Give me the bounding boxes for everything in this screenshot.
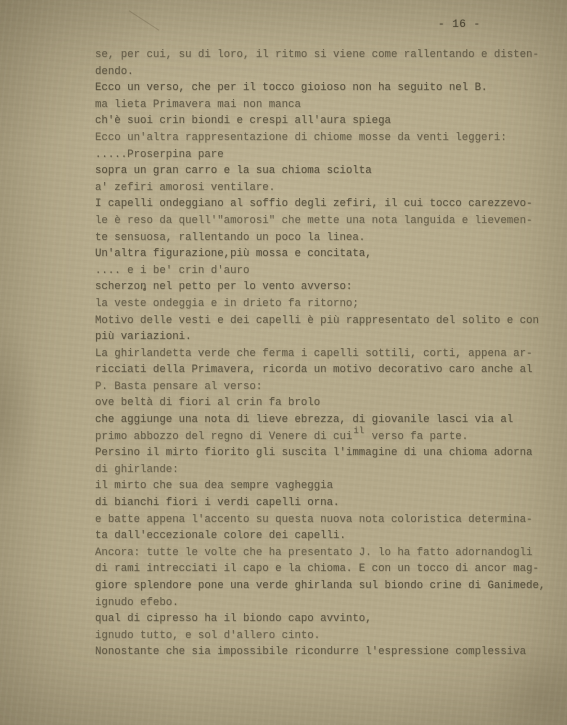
text-line: di bianchi fiori i verdi capelli orna. [95,495,555,512]
text-line: qual di cipresso ha il biondo capo avvin… [95,611,555,628]
text-line: scherzon nel petto per lo vento avverso: [95,279,555,296]
text-line: ricciati della Primavera, ricorda un mot… [95,362,555,379]
text-line: di rami intrecciati il capo e la chioma.… [95,561,555,578]
text-line: e batte appena l'accento su questa nuova… [95,512,555,529]
text-line: a' zefiri amorosi ventilare. [95,180,555,197]
text-line: I capelli ondeggiano al soffio degli zef… [95,196,555,213]
text-line: Ecco un'altra rappresentazione di chiome… [95,130,555,147]
text-line: Motivo delle vesti e dei capelli è più r… [95,313,555,330]
text-line: Ancora: tutte le volte che ha presentato… [95,545,555,562]
text-line: Persino il mirto fiorito gli suscita l'i… [95,445,555,462]
document-page: - 16 - se, per cui, su di loro, il ritmo… [0,0,567,725]
text-line: sopra un gran carro e la sua chioma scio… [95,163,555,180]
text-line: .... e i be' crin d'auro [95,263,555,280]
text-line: ignudo tutto, e sol d'allero cinto. [95,628,555,645]
text-line: Ecco un verso, che per il tocco gioioso … [95,80,555,97]
inserted-word-above-line: il [353,423,364,440]
text-line: più variazioni. [95,329,555,346]
text-line: ignudo efebo. [95,595,555,612]
paper-scratch [129,10,160,30]
text-line: dendo. [95,64,555,81]
pencil-mark [143,288,146,291]
text-line: Un'altra figurazione,più mossa e concita… [95,246,555,263]
text-line: ma lieta Primavera mai non manca [95,97,555,114]
paper-stain [0,320,42,500]
text-line: ta dall'eccezionale colore dei capelli. [95,528,555,545]
text-line: ove beltà di fiori al crin fa brolo [95,395,555,412]
text-line: La ghirlandetta verde che ferma i capell… [95,346,555,363]
text-line: le è reso da quell'"amorosi" che mette u… [95,213,555,230]
text-line: .....Proserpina pare [95,147,555,164]
page-number: - 16 - [438,19,481,31]
text-line: la veste ondeggia e in drieto fa ritorno… [95,296,555,313]
text-line: P. Basta pensare al verso: [95,379,555,396]
text-line: di ghirlande: [95,462,555,479]
text-line: giore splendore pone una verde ghirlanda… [95,578,555,595]
text-line: ch'è suoi crin biondi e crespi all'aura … [95,113,555,130]
text-line: primo abbozzo del regno di Venere di cui… [95,429,555,446]
text-line: che aggiunge una nota di lieve ebrezza, … [95,412,555,429]
typewritten-text: se, per cui, su di loro, il ritmo si vie… [95,47,555,661]
text-line: il mirto che sua dea sempre vagheggia [95,478,555,495]
text-line: Nonostante che sia impossibile ricondurr… [95,644,555,661]
text-line: te sensuosa, rallentando un poco la line… [95,230,555,247]
text-line: se, per cui, su di loro, il ritmo si vie… [95,47,555,64]
